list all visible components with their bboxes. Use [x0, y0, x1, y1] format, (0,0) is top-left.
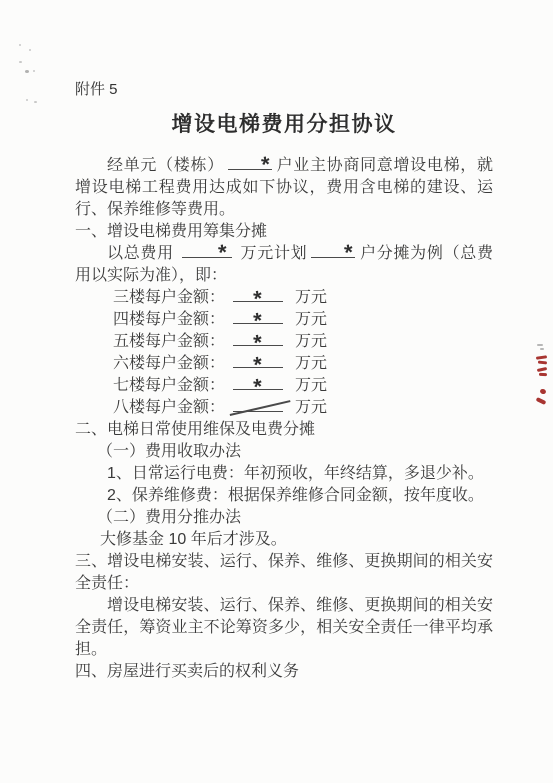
amount-blank: *	[233, 332, 283, 346]
section2-heading: 二、电梯日常使用维保及电费分摊	[75, 419, 493, 441]
document-title: 增设电梯费用分担协议	[75, 108, 493, 138]
note-line: 大修基金 10 年后才涉及。	[75, 529, 493, 551]
unit-label: 万元	[295, 399, 327, 416]
list-item-2: 2、保养维修费：根据保养维修合同金额，按年度收。	[75, 485, 493, 507]
cost-seg2: 万元计划	[240, 245, 308, 262]
amount-blank: *	[233, 310, 283, 324]
amount-blank	[233, 398, 283, 412]
floor-label: 四楼每户金额：	[113, 311, 225, 328]
unit-label: 万元	[295, 311, 327, 328]
subsection-heading-1: （一）费用收取办法	[75, 441, 493, 463]
amount-blank: *	[233, 376, 283, 390]
handwritten-slash	[230, 401, 291, 416]
scan-speck	[19, 44, 21, 46]
fill-blank: *	[228, 156, 272, 170]
floor-label: 三楼每户金额：	[113, 289, 225, 306]
section3-heading: 三、增设电梯安装、运行、保养、维修、更换期间的相关安全责任：	[75, 551, 493, 595]
cost-seg1: 以总费用	[107, 245, 174, 262]
unit-label: 万元	[295, 377, 327, 394]
scan-speck	[29, 49, 31, 51]
handwritten-asterisk: *	[312, 241, 355, 268]
floor-row: 四楼每户金额：*万元	[75, 309, 493, 331]
list-item-1: 1、日常运行电费：年初预收，年终结算，多退少补。	[75, 463, 493, 485]
intro-pre: 经单元（楼栋）	[107, 157, 224, 174]
cost-line: 以总费用*万元计划*户分摊为例（总费用以实际为准），即：	[75, 243, 493, 287]
handwritten-asterisk: *	[228, 153, 271, 180]
intro-paragraph: 经单元（楼栋）*户业主协商同意增设电梯，就增设电梯工程费用达成如下协议，费用含电…	[75, 155, 493, 221]
scan-speck	[33, 70, 35, 72]
attachment-label: 附件 5	[75, 78, 493, 99]
amount-blank: *	[233, 288, 283, 302]
subsection-heading-2: （二）费用分推办法	[75, 507, 493, 529]
scanned-document-page: 附件 5 增设电梯费用分担协议 经单元（楼栋）*户业主协商同意增设电梯，就增设电…	[0, 0, 553, 783]
floor-label: 五楼每户金额：	[113, 333, 225, 350]
floor-row: 八楼每户金额：万元	[75, 397, 493, 419]
floor-row: 六楼每户金额：*万元	[75, 353, 493, 375]
section1-heading: 一、增设电梯费用筹集分摊	[75, 221, 493, 243]
scan-speck	[25, 70, 29, 73]
scan-speck	[19, 61, 22, 63]
amount-blank: *	[233, 354, 283, 368]
handwritten-asterisk: *	[252, 376, 264, 399]
scan-speck	[34, 101, 37, 103]
section4-heading: 四、房屋进行买卖后的权利义务	[75, 661, 493, 683]
floor-row: 七楼每户金额：*万元	[75, 375, 493, 397]
scan-speck	[26, 99, 28, 101]
unit-label: 万元	[295, 355, 327, 372]
unit-label: 万元	[295, 333, 327, 350]
handwritten-asterisk: *	[185, 241, 228, 268]
fill-blank: *	[311, 244, 355, 258]
floor-label: 六楼每户金额：	[113, 355, 225, 372]
floor-row: 三楼每户金额：*万元	[75, 287, 493, 309]
fill-blank: *	[182, 244, 232, 258]
section3-paragraph: 增设电梯安装、运行、保养、维修、更换期间的相关安全责任，筹资业主不论筹资多少，相…	[75, 595, 493, 661]
floor-label: 七楼每户金额：	[113, 377, 225, 394]
unit-label: 万元	[295, 289, 327, 306]
floor-label: 八楼每户金额：	[113, 399, 225, 416]
floor-row: 五楼每户金额：*万元	[75, 331, 493, 353]
